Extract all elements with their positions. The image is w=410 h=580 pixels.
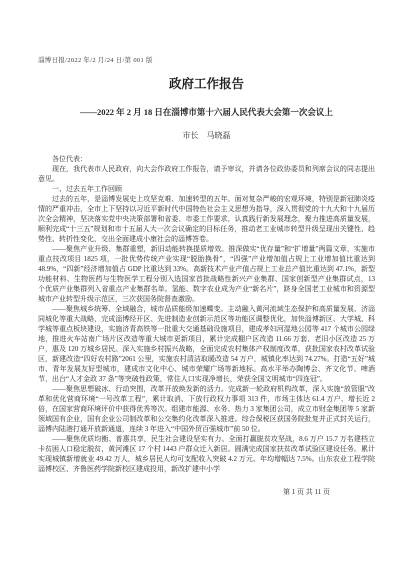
paragraph: ——聚焦优质均衡、普惠共享，民生社会建设坚实有力。全面打赢脱贫攻坚战，8.6 万… — [38, 434, 375, 474]
page-subtitle: ——2022 年 2 月 18 日在淄博市第十六届人民代表大会第一次会议上 — [38, 106, 375, 118]
page-title: 政府工作报告 — [38, 74, 375, 92]
byline: 市长 马晓磊 — [38, 130, 375, 141]
paragraph: 现在，我代表市人民政府，向大会作政府工作报告，请予审议，并请各位政协委员和列席会… — [38, 164, 375, 184]
page-footer: 第 1 页 共 11 页 — [38, 487, 375, 497]
document-page: 淄博日报/2022 年/2 月/24 日/第 001 版 政府工作报告 ——20… — [0, 0, 410, 580]
paragraph: ——聚焦思想破冰、行动突围，改革开放焕发新的活力。完成新一轮政府机构改革，深入实… — [38, 384, 375, 434]
newspaper-masthead: 淄博日报/2022 年/2 月/24 日/第 001 版 — [38, 55, 375, 64]
paragraph: ——聚焦城乡统筹、全域融合，城市品质能级加速蝶变。主动融入黄河流域生态保护和高质… — [38, 304, 375, 384]
paragraph: 过去的五年，是淄博发展史上攻坚克难、加速转型的五年。面对复杂严峻的宏观环境，特别… — [38, 194, 375, 244]
paragraph: 各位代表： — [38, 154, 375, 164]
paragraph: ——聚焦产业升级、集群重塑，新旧动能转换提质增效。推深做实“优存量”和“扩增量”… — [38, 244, 375, 304]
body-text: 各位代表：现在，我代表市人民政府，向大会作政府工作报告，请予审议，并请各位政协委… — [38, 154, 375, 474]
paragraph: 一、过去五年工作回顾 — [38, 184, 375, 194]
